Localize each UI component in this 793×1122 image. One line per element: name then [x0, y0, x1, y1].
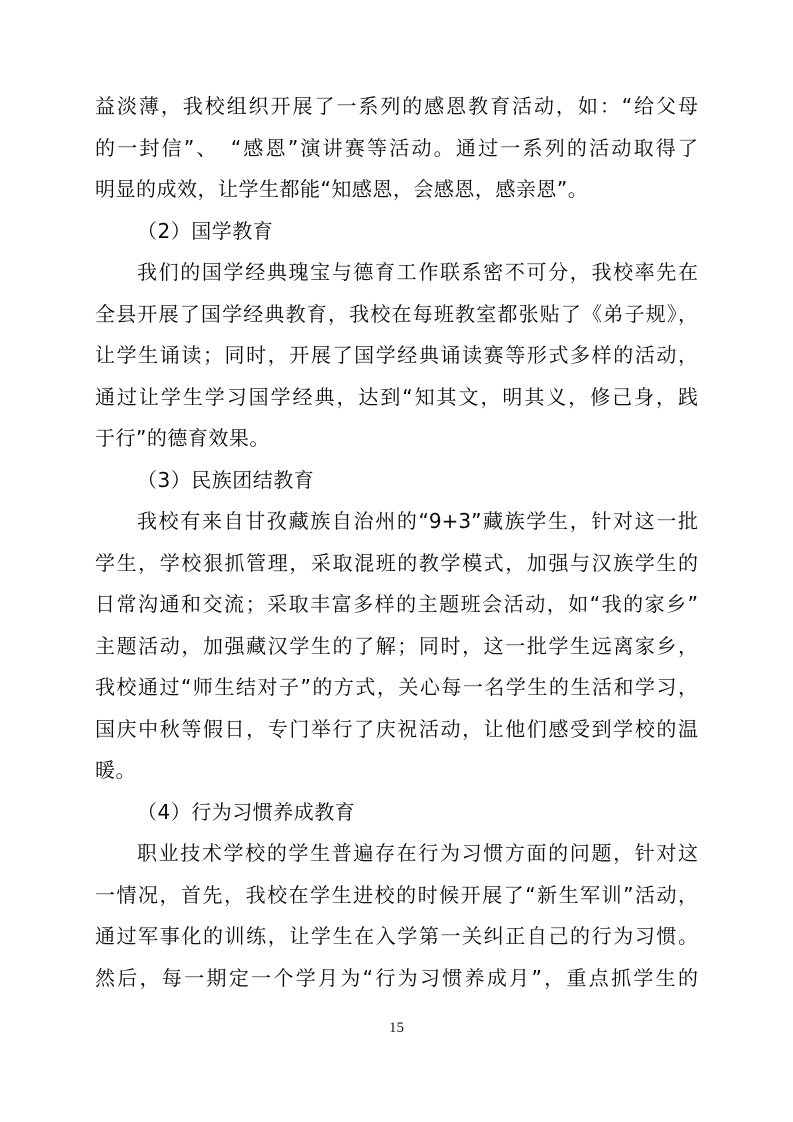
text-line: 让学生诵读；同时，开展了国学经典诵读赛等形式多样的活动，: [95, 335, 698, 377]
text-line: 通过军事化的训练，让学生在入学第一关纠正自己的行为习惯。: [95, 916, 698, 958]
document-body: 益淡薄，我校组织开展了一系列的感恩教育活动，如：“给父母 的一封信”、 “感恩”…: [95, 86, 698, 999]
section-heading: （4）行为习惯养成教育: [95, 792, 698, 834]
text-line: 然后，每一期定一个学月为“行为习惯养成月”，重点抓学生的: [95, 958, 698, 1000]
text-line: 暖。: [95, 750, 698, 792]
text-line: 益淡薄，我校组织开展了一系列的感恩教育活动，如：“给父母: [95, 86, 698, 128]
text-line: 一情况，首先，我校在学生进校的时候开展了“新生军训”活动，: [95, 875, 698, 917]
document-page: 益淡薄，我校组织开展了一系列的感恩教育活动，如：“给父母 的一封信”、 “感恩”…: [0, 0, 793, 1122]
text-line: 我校通过“师生结对子”的方式，关心每一名学生的生活和学习，: [95, 667, 698, 709]
text-line: 明显的成效，让学生都能“知感恩，会感恩，感亲恩”。: [95, 169, 698, 211]
text-line: 我们的国学经典瑰宝与德育工作联系密不可分，我校率先在: [95, 252, 698, 294]
section-heading: （2）国学教育: [95, 211, 698, 253]
text-line: 的一封信”、 “感恩”演讲赛等活动。通过一系列的活动取得了: [95, 128, 698, 170]
section-heading: （3）民族团结教育: [95, 460, 698, 502]
text-line: 国庆中秋等假日，专门举行了庆祝活动，让他们感受到学校的温: [95, 709, 698, 751]
text-line: 全县开展了国学经典教育，我校在每班教室都张贴了《弟子规》，: [95, 294, 698, 336]
text-line: 通过让学生学习国学经典，达到“知其文，明其义，修己身，践: [95, 377, 698, 419]
text-line: 学生，学校狠抓管理，采取混班的教学模式，加强与汉族学生的: [95, 543, 698, 585]
text-line: 主题活动，加强藏汉学生的了解；同时，这一批学生远离家乡，: [95, 626, 698, 668]
text-line: 日常沟通和交流；采取丰富多样的主题班会活动，如“我的家乡”: [95, 584, 698, 626]
text-line: 职业技术学校的学生普遍存在行为习惯方面的问题，针对这: [95, 833, 698, 875]
page-number: 15: [0, 1020, 793, 1037]
text-line: 于行”的德育效果。: [95, 418, 698, 460]
text-line: 我校有来自甘孜藏族自治州的“9+3”藏族学生，针对这一批: [95, 501, 698, 543]
